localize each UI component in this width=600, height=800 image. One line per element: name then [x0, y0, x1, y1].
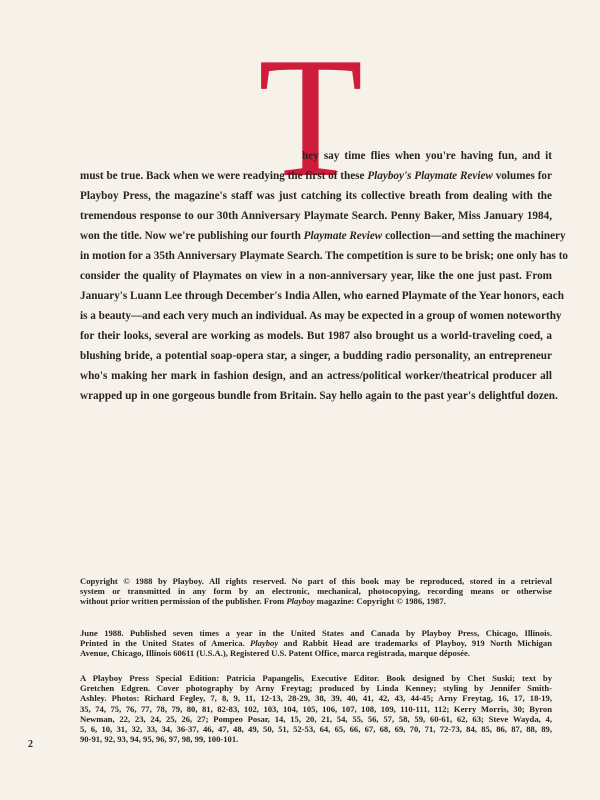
text-line: Printed in the United States of America.…: [80, 638, 552, 648]
photo-credits: A Playboy Press Special Edition: Patrici…: [80, 673, 552, 744]
text-line: is a beauty—and each very much an indivi…: [80, 306, 552, 326]
text-line: wrapped up in one gorgeous bundle from B…: [80, 386, 552, 406]
text-line: without prior written permission of the …: [80, 596, 552, 606]
text-line: Newman, 22, 23, 24, 25, 26, 27; Pompeo P…: [80, 714, 552, 724]
text-line: hey say time flies when you're having fu…: [80, 146, 552, 166]
text-line: system or transmitted in any form by an …: [80, 586, 552, 596]
text-line: won the title. Now we're publishing our …: [80, 226, 552, 246]
page-number: 2: [28, 739, 33, 750]
text-line: who's making her mark in fashion design,…: [80, 366, 552, 386]
text-line: blushing bride, a potential soap-opera s…: [80, 346, 552, 366]
text-line: January's Luann Lee through December's I…: [80, 286, 552, 306]
text-line: 90-91, 92, 93, 94, 95, 96, 97, 98, 99, 1…: [80, 734, 552, 744]
text-line: tremendous response to our 30th Annivers…: [80, 206, 552, 226]
text-line: Copyright © 1988 by Playboy. All rights …: [80, 576, 552, 586]
document-page: T hey say time flies when you're having …: [0, 0, 600, 800]
text-line: Avenue, Chicago, Illinois 60611 (U.S.A.)…: [80, 648, 552, 658]
copyright-notice: Copyright © 1988 by Playboy. All rights …: [80, 576, 552, 607]
text-line: June 1988. Published seven times a year …: [80, 628, 552, 638]
text-line: in motion for a 35th Anniversary Playmat…: [80, 246, 552, 266]
text-line: Playboy Press, the magazine's staff was …: [80, 186, 552, 206]
text-line: A Playboy Press Special Edition: Patrici…: [80, 673, 552, 683]
text-line: Gretchen Edgren. Cover photography by Ar…: [80, 683, 552, 693]
text-line: 35, 74, 75, 76, 77, 78, 79, 80, 81, 82-8…: [80, 704, 552, 714]
text-line: 5, 6, 10, 31, 32, 33, 34, 36-37, 46, 47,…: [80, 724, 552, 734]
text-line: Ashley. Photos: Richard Fegley, 7, 8, 9,…: [80, 693, 552, 703]
publication-notice: June 1988. Published seven times a year …: [80, 628, 552, 659]
text-line: consider the quality of Playmates on vie…: [80, 266, 552, 286]
text-line: for their looks, several are working as …: [80, 326, 552, 346]
intro-paragraph: hey say time flies when you're having fu…: [80, 146, 552, 406]
text-line: must be true. Back when we were readying…: [80, 166, 552, 186]
